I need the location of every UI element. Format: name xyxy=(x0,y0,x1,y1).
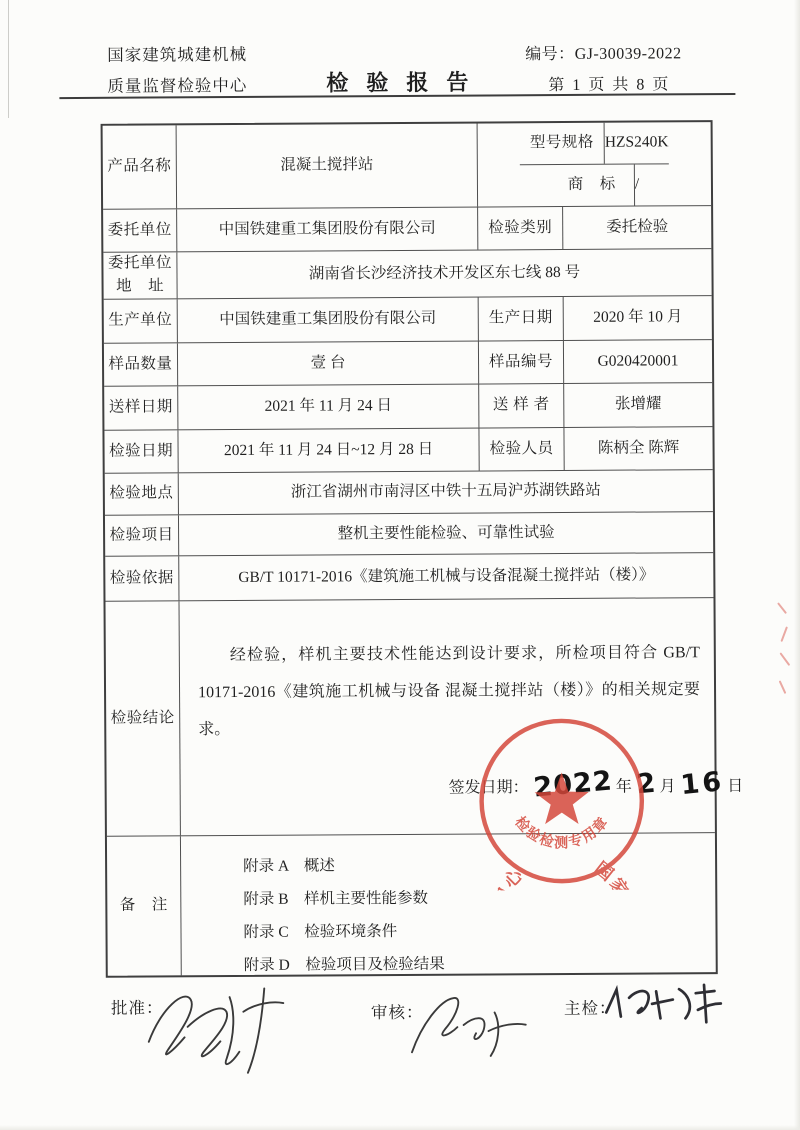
delivery-date-label: 送样日期 xyxy=(104,386,178,429)
sign-date-month-handwritten: 2 xyxy=(635,766,658,804)
client-address-label-line1: 委托单位 xyxy=(108,253,172,274)
client-address-label: 委托单位 地 址 xyxy=(103,252,177,298)
trademark-value: / xyxy=(635,165,640,206)
manufacturer-label: 生产单位 xyxy=(104,299,178,342)
quantity-label: 样品数量 xyxy=(104,343,178,385)
table-row: 检验项目 整机主要性能检验、可靠性试验 xyxy=(105,512,713,557)
remarks-appendix-c: 附录 C 检验环境条件 xyxy=(243,913,707,949)
inspection-date-label: 检验日期 xyxy=(104,430,178,472)
remarks-appendix-d: 附录 D 检验项目及检验结果 xyxy=(244,946,708,982)
report-number: 编号：GJ-30039-2022 xyxy=(525,40,682,64)
table-row: 检验地点 浙江省湖州市南浔区中铁十五局沪苏湖铁路站 xyxy=(105,470,713,516)
inspection-type-value: 委托检验 xyxy=(563,206,711,249)
inspection-items-value: 整机主要性能检验、可靠性试验 xyxy=(179,512,713,555)
sign-date-line: 签发日期： 2022 年 2 月 16 日 xyxy=(449,766,744,810)
location-label: 检验地点 xyxy=(105,473,179,514)
trademark-subrow: 商 标 / xyxy=(550,165,640,207)
table-row: 检验结论 经检验，样机主要技术性能达到设计要求，所检项目符合 GB/T 1017… xyxy=(105,598,714,837)
inspection-items-label: 检验项目 xyxy=(105,515,179,555)
scan-edge-shadow-bottom xyxy=(0,1125,800,1130)
approve-signature xyxy=(129,976,305,1077)
chief-inspector-signature xyxy=(600,978,725,1034)
client-address-value: 湖南省长沙经济技术开发区东七线 88 号 xyxy=(177,249,711,298)
remarks-cell: 附录 A 概述 附录 B 样机主要性能参数 附录 C 检验环境条件 附录 D 检… xyxy=(181,833,716,975)
model-trademark-group: 型号规格 HZS240K 商 标 / xyxy=(478,122,712,206)
table-row: 检验日期 2021 年 11 月 24 日~12 月 28 日 检验人员 陈柄全… xyxy=(104,427,712,474)
sample-number-value: G020420001 xyxy=(564,340,712,383)
report-number-value: GJ-30039-2022 xyxy=(575,45,682,63)
table-row: 送样日期 2021 年 11 月 24 日 送 样 者 张增耀 xyxy=(104,383,712,431)
table-row: 委托单位 地 址 湖南省长沙经济技术开发区东七线 88 号 xyxy=(103,249,711,300)
sign-date-month-unit: 月 xyxy=(660,777,676,799)
table-row: 备 注 附录 A 概述 附录 B 样机主要性能参数 附录 C 检验环境条件 附录… xyxy=(107,833,716,976)
inspectors-label: 检验人员 xyxy=(479,428,564,471)
quantity-value: 壹 台 xyxy=(178,342,479,386)
sign-date-year-unit: 年 xyxy=(616,777,632,799)
page-indicator: 第 1 页 共 8 页 xyxy=(548,71,670,95)
production-date-label: 生产日期 xyxy=(479,297,564,341)
sign-date-year-handwritten: 2022 xyxy=(532,763,614,807)
remarks-label: 备 注 xyxy=(107,836,182,975)
sign-date-day-handwritten: 16 xyxy=(679,764,726,804)
org-name-line1: 国家建筑城建机械 xyxy=(107,39,247,71)
remarks-appendix-b: 附录 B 样机主要性能参数 xyxy=(243,880,707,916)
scan-edge-shadow-right xyxy=(794,0,800,1130)
model-value: HZS240K xyxy=(605,122,669,163)
table-row: 检验依据 GB/T 10171-2016《建筑施工机械与设备混凝土搅拌站（楼）》 xyxy=(105,553,713,602)
table-row: 委托单位 中国铁建重工集团股份有限公司 检验类别 委托检验 xyxy=(103,206,711,253)
conclusion-cell: 经检验，样机主要技术性能达到设计要求，所检项目符合 GB/T 10171-201… xyxy=(179,598,714,835)
remarks-appendix-a: 附录 A 概述 xyxy=(243,847,707,883)
production-date-value: 2020 年 10 月 xyxy=(564,296,712,340)
scan-edge-line xyxy=(8,0,9,118)
conclusion-label: 检验结论 xyxy=(105,601,180,835)
report-number-label: 编号： xyxy=(525,46,575,63)
model-subrow: 型号规格 HZS240K xyxy=(520,122,669,165)
location-value: 浙江省湖州市南浔区中铁十五局沪苏湖铁路站 xyxy=(179,470,713,514)
sign-date-label: 签发日期： xyxy=(449,778,529,800)
inspection-basis-label: 检验依据 xyxy=(105,556,179,600)
product-name-label: 产品名称 xyxy=(103,125,178,208)
manufacturer-value: 中国铁建重工集团股份有限公司 xyxy=(178,298,479,343)
report-page: 国家建筑城建机械 质量监督检验中心 检验报告 编号：GJ-30039-2022 … xyxy=(0,0,800,1130)
sender-value: 张增耀 xyxy=(564,383,712,427)
client-address-label-line2: 地 址 xyxy=(116,276,164,297)
sender-label: 送 样 者 xyxy=(479,384,564,428)
model-label: 型号规格 xyxy=(520,123,605,165)
conclusion-text: 经检验，样机主要技术性能达到设计要求，所检项目符合 GB/T 10171-201… xyxy=(179,598,714,748)
delivery-date-value: 2021 年 11 月 24 日 xyxy=(178,385,479,430)
inspection-type-label: 检验类别 xyxy=(478,207,563,250)
inspection-basis-value: GB/T 10171-2016《建筑施工机械与设备混凝土搅拌站（楼）》 xyxy=(179,553,713,600)
inspectors-value: 陈柄全 陈辉 xyxy=(564,427,712,470)
sample-number-label: 样品编号 xyxy=(479,341,564,384)
table-row: 样品数量 壹 台 样品编号 G020420001 xyxy=(104,340,712,387)
report-table: 产品名称 混凝土搅拌站 型号规格 HZS240K 商 标 / 委托单位 中国铁建… xyxy=(101,120,718,978)
table-row: 生产单位 中国铁建重工集团股份有限公司 生产日期 2020 年 10 月 xyxy=(104,296,712,344)
client-value: 中国铁建重工集团股份有限公司 xyxy=(177,208,478,252)
client-label: 委托单位 xyxy=(103,209,177,251)
trademark-label: 商 标 xyxy=(550,165,635,207)
table-row: 产品名称 混凝土搅拌站 型号规格 HZS240K 商 标 / xyxy=(103,122,712,210)
inspection-date-value: 2021 年 11 月 24 日~12 月 28 日 xyxy=(178,429,479,473)
review-signature xyxy=(391,982,537,1073)
product-name-value: 混凝土搅拌站 xyxy=(177,124,479,209)
sign-date-day-unit: 日 xyxy=(727,776,743,798)
